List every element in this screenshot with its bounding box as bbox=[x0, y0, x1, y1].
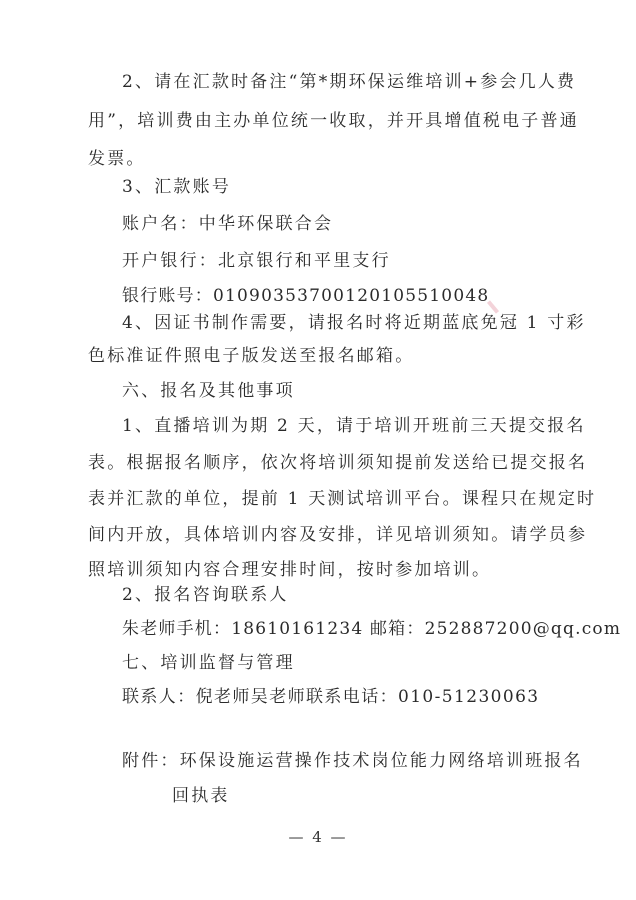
registration-contact-heading: 2、报名咨询联系人 bbox=[122, 584, 289, 606]
livestream-training-line-1: 1、直播培训为期 2 天，请于培训开班前三天提交报名 bbox=[122, 415, 586, 437]
attachment-line-1: 附件：环保设施运营操作技术岗位能力网络培训班报名 bbox=[122, 750, 583, 772]
photo-requirement-line-1: 4、因证书制作需要，请报名时将近期蓝底免冠 1 寸彩 bbox=[122, 312, 586, 334]
section-six-heading: 六、报名及其他事项 bbox=[122, 380, 295, 402]
payment-note-line-3: 发票。 bbox=[88, 148, 146, 170]
remittance-account-heading: 3、汇款账号 bbox=[122, 176, 231, 198]
livestream-training-line-4: 间内开放，具体培训内容及安排，详见培训须知。请学员参 bbox=[88, 524, 587, 546]
page-number: — 4 — bbox=[0, 828, 636, 846]
photo-requirement-line-2: 色标准证件照电子版发送至报名邮箱。 bbox=[88, 345, 414, 367]
account-name: 账户名：中华环保联合会 bbox=[122, 213, 333, 235]
livestream-training-line-2: 表。根据报名顺序，依次将培训须知提前发送给已提交报名 bbox=[88, 452, 587, 474]
livestream-training-line-5: 照培训须知内容合理安排时间，按时参加培训。 bbox=[88, 559, 491, 581]
attachment-line-2: 回执表 bbox=[172, 785, 230, 807]
bank-name: 开户银行：北京银行和平里支行 bbox=[122, 250, 391, 272]
payment-note-line-2: 用”，培训费由主办单位统一收取，并开具增值税电子普通 bbox=[88, 110, 579, 132]
livestream-training-line-3: 表并汇款的单位，提前 1 天测试培训平台。课程只在规定时 bbox=[88, 488, 596, 510]
section-seven-heading: 七、培训监督与管理 bbox=[122, 652, 295, 674]
bank-account-number: 银行账号：01090353700120105510048 bbox=[122, 285, 489, 307]
supervision-contact: 联系人：倪老师吴老师联系电话：010-51230063 bbox=[122, 686, 540, 708]
payment-note-line-1: 2、请在汇款时备注“第*期环保运维培训+参会几人费 bbox=[122, 71, 576, 93]
contact-phone-email: 朱老师手机：18610161234 邮箱：252887200@qq.com bbox=[122, 618, 621, 640]
